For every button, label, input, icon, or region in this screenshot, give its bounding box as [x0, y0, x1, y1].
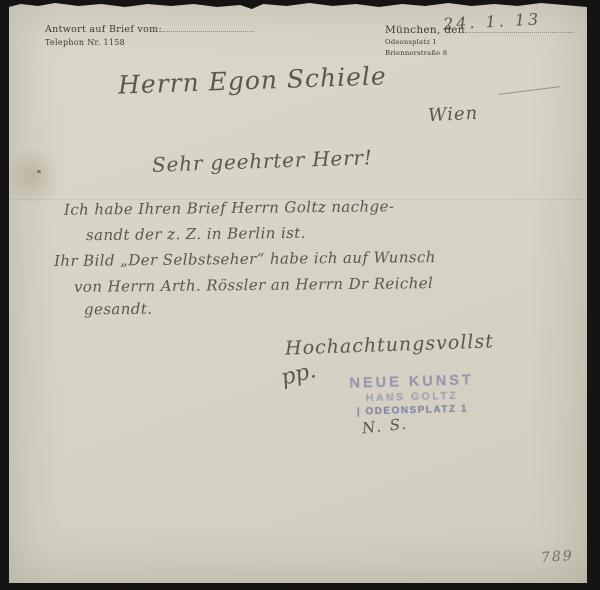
body-line: von Herrn Arth. Rössler an Herrn Dr Reic…: [74, 274, 433, 296]
body-line: gesandt.: [84, 300, 153, 319]
letter-scan: Antwort auf Brief vom: Telephon Nr. 1158…: [0, 0, 600, 590]
address-line-1: Odeonsplatz 1: [385, 38, 573, 47]
paper-speck: [37, 170, 41, 173]
catalog-number: 789: [540, 548, 574, 566]
body-line: sandt der z. Z. in Berlin ist.: [86, 224, 306, 244]
reply-dotted-line: [162, 21, 254, 32]
reply-label: Antwort auf Brief vom:: [45, 21, 254, 35]
telephone-line: Telephon Nr. 1158: [45, 38, 254, 47]
letterhead-left: Antwort auf Brief vom: Telephon Nr. 1158: [45, 21, 254, 47]
paper-stain: [6, 146, 60, 206]
address-line-2: Briennerstraße 8: [385, 49, 573, 58]
reply-label-text: Antwort auf Brief vom:: [45, 24, 162, 35]
gallery-stamp: NEUE KUNST HANS GOLTZ | ODEONSPLATZ 1: [327, 372, 496, 418]
body-line: Ich habe Ihren Brief Herrn Goltz nachge-: [64, 197, 394, 218]
recipient-city: Wien: [427, 103, 478, 127]
